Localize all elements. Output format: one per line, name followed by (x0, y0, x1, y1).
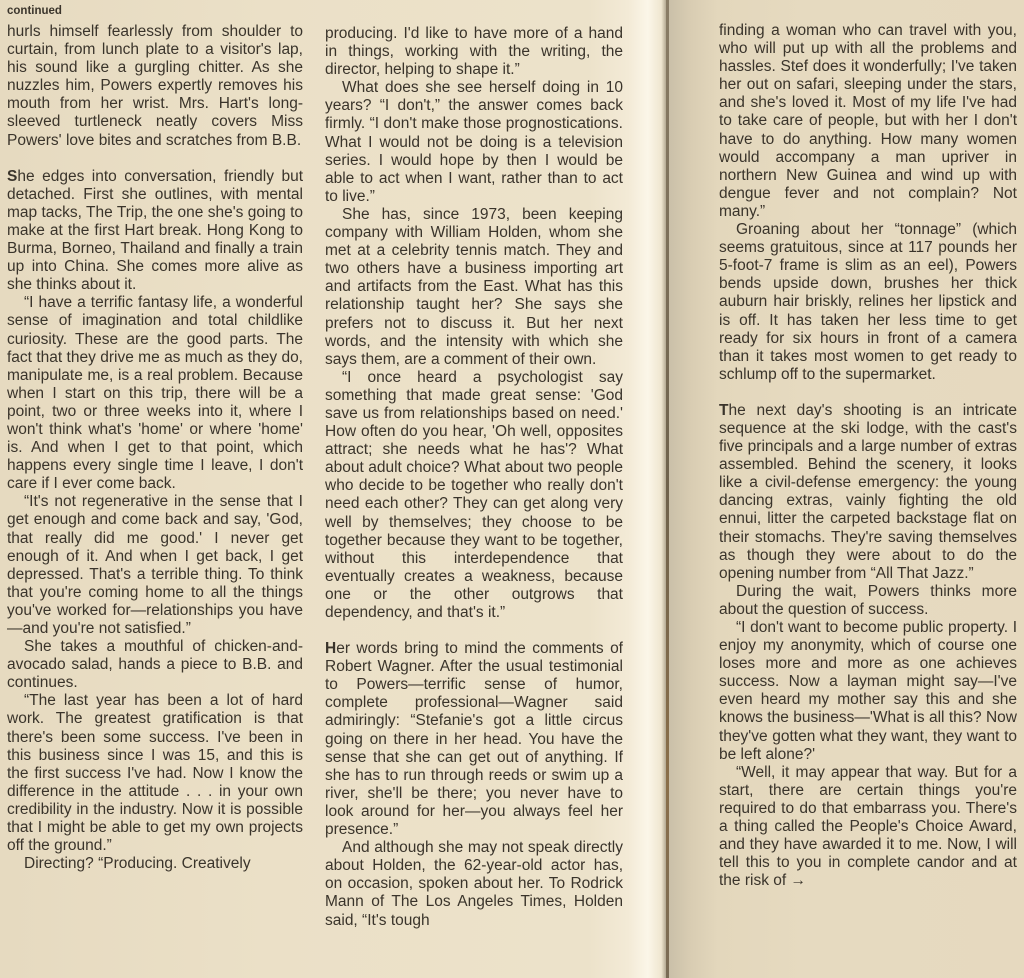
paragraph: finding a woman who can travel with you,… (719, 22, 1017, 221)
article-column-2: producing. I'd like to have more of a ha… (325, 25, 623, 930)
continued-label: continued (7, 5, 62, 17)
paragraph: “The last year has been a lot of hard wo… (7, 692, 303, 855)
article-column-1: hurls himself fearlessly from shoulder t… (7, 23, 303, 873)
paragraph: She has, since 1973, been keeping compan… (325, 206, 623, 369)
paragraph-text: he edges into conversation, friendly but… (7, 168, 303, 294)
paragraph: “Well, it may appear that way. But for a… (719, 764, 1017, 891)
article-column-3: finding a woman who can travel with you,… (719, 22, 1017, 890)
paragraph: During the wait, Powers thinks more abou… (719, 583, 1017, 619)
paragraph: She takes a mouthful of chicken-and-avoc… (7, 638, 303, 692)
paragraph: “I once heard a psychologist say somethi… (325, 369, 623, 622)
paragraph-dropcap: The next day's shooting is an intricate … (719, 402, 1017, 583)
paragraph: producing. I'd like to have more of a ha… (325, 25, 623, 79)
paragraph: “I don't want to become public property.… (719, 619, 1017, 764)
paragraph: “It's not regenerative in the sense that… (7, 493, 303, 638)
paragraph: “I have a terrific fantasy life, a wonde… (7, 294, 303, 493)
paragraph: And although she may not speak directly … (325, 839, 623, 929)
paragraph-text: he next day's shooting is an intricate s… (719, 402, 1017, 582)
paragraph-dropcap: Her words bring to mind the comments of … (325, 640, 623, 839)
paragraph: Directing? “Producing. Creatively (7, 855, 303, 873)
paragraph-text: er words bring to mind the comments of R… (325, 640, 623, 838)
paragraph: Groaning about her “tonnage” (which seem… (719, 221, 1017, 384)
page-gutter (666, 0, 669, 978)
paragraph: What does she see herself doing in 10 ye… (325, 79, 623, 206)
paragraph: hurls himself fearlessly from shoulder t… (7, 23, 303, 150)
paragraph-dropcap: She edges into conversation, friendly bu… (7, 168, 303, 295)
drop-cap: S (7, 168, 17, 185)
drop-cap: H (325, 640, 336, 657)
